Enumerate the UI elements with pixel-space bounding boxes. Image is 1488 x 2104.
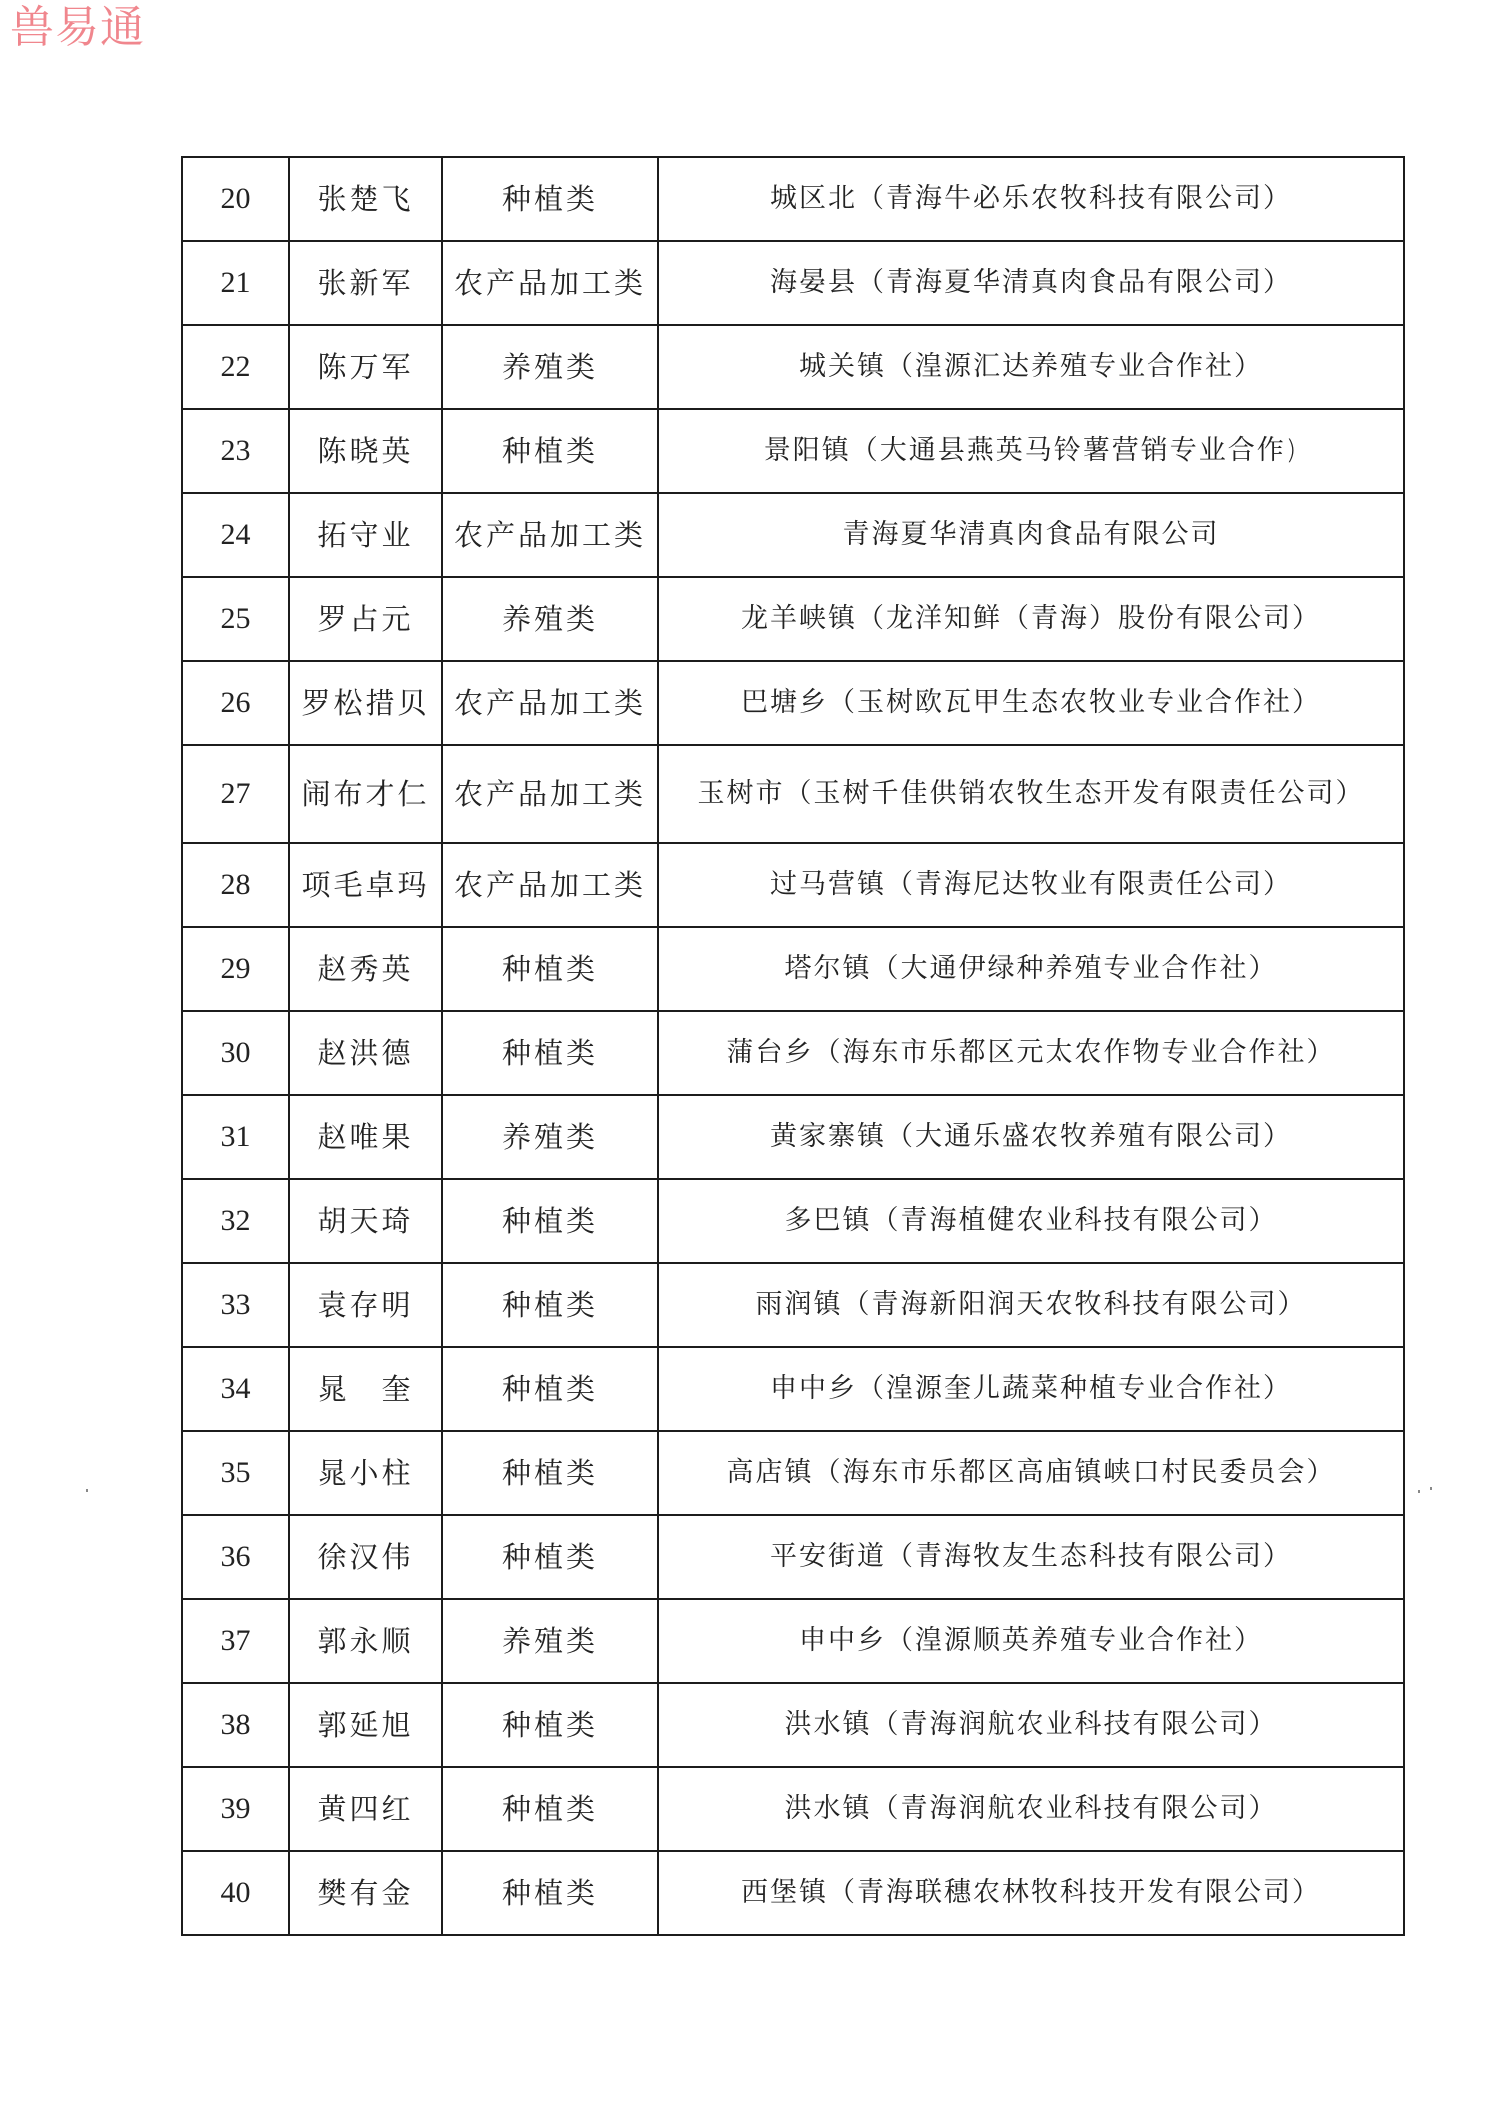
row-number-cell: 39 (182, 1767, 289, 1851)
table-row: 32胡天琦种植类多巴镇（青海植健农业科技有限公司） (182, 1179, 1404, 1263)
scan-speck (86, 1489, 88, 1492)
name-cell: 赵秀英 (289, 927, 442, 1011)
name-cell: 樊有金 (289, 1851, 442, 1935)
watermark-logo: 兽易通 (10, 2, 145, 54)
table-row: 39黄四红种植类洪水镇（青海润航农业科技有限公司） (182, 1767, 1404, 1851)
table-row: 33袁存明种植类雨润镇（青海新阳润天农牧科技有限公司） (182, 1263, 1404, 1347)
name-cell: 袁存明 (289, 1263, 442, 1347)
row-number-cell: 40 (182, 1851, 289, 1935)
organization-cell: 雨润镇（青海新阳润天农牧科技有限公司） (658, 1263, 1404, 1347)
table-row: 20张楚飞种植类城区北（青海牛必乐农牧科技有限公司） (182, 157, 1404, 241)
category-cell: 种植类 (442, 1179, 658, 1263)
name-cell: 胡天琦 (289, 1179, 442, 1263)
name-cell: 项毛卓玛 (289, 843, 442, 927)
organization-cell: 蒲台乡（海东市乐都区元太农作物专业合作社） (658, 1011, 1404, 1095)
table-row: 27闹布才仁农产品加工类玉树市（玉树千佳供销农牧生态开发有限责任公司） (182, 745, 1404, 843)
table-row: 31赵唯果养殖类黄家寨镇（大通乐盛农牧养殖有限公司） (182, 1095, 1404, 1179)
row-number-cell: 28 (182, 843, 289, 927)
row-number-cell: 24 (182, 493, 289, 577)
category-cell: 种植类 (442, 1683, 658, 1767)
category-cell: 农产品加工类 (442, 493, 658, 577)
name-cell: 赵洪德 (289, 1011, 442, 1095)
category-cell: 种植类 (442, 1011, 658, 1095)
table-row: 28项毛卓玛农产品加工类过马营镇（青海尼达牧业有限责任公司） (182, 843, 1404, 927)
row-number-cell: 31 (182, 1095, 289, 1179)
category-cell: 种植类 (442, 1347, 658, 1431)
table-row: 29赵秀英种植类塔尔镇（大通伊绿种养殖专业合作社） (182, 927, 1404, 1011)
name-cell: 闹布才仁 (289, 745, 442, 843)
name-cell: 郭永顺 (289, 1599, 442, 1683)
table-row: 24拓守业农产品加工类青海夏华清真肉食品有限公司 (182, 493, 1404, 577)
organization-cell: 龙羊峡镇（龙洋知鲜（青海）股份有限公司） (658, 577, 1404, 661)
table-row: 30赵洪德种植类蒲台乡（海东市乐都区元太农作物专业合作社） (182, 1011, 1404, 1095)
roster-table-body: 20张楚飞种植类城区北（青海牛必乐农牧科技有限公司）21张新军农产品加工类海晏县… (182, 157, 1404, 1935)
organization-cell: 城区北（青海牛必乐农牧科技有限公司） (658, 157, 1404, 241)
organization-cell: 洪水镇（青海润航农业科技有限公司） (658, 1767, 1404, 1851)
row-number-cell: 33 (182, 1263, 289, 1347)
table-row: 26罗松措贝农产品加工类巴塘乡（玉树欧瓦甲生态农牧业专业合作社） (182, 661, 1404, 745)
name-cell: 拓守业 (289, 493, 442, 577)
row-number-cell: 21 (182, 241, 289, 325)
organization-cell: 塔尔镇（大通伊绿种养殖专业合作社） (658, 927, 1404, 1011)
table-row: 21张新军农产品加工类海晏县（青海夏华清真肉食品有限公司） (182, 241, 1404, 325)
organization-cell: 申中乡（湟源奎儿蔬菜种植专业合作社） (658, 1347, 1404, 1431)
row-number-cell: 27 (182, 745, 289, 843)
category-cell: 养殖类 (442, 1095, 658, 1179)
row-number-cell: 26 (182, 661, 289, 745)
organization-cell: 巴塘乡（玉树欧瓦甲生态农牧业专业合作社） (658, 661, 1404, 745)
organization-cell: 申中乡（湟源顺英养殖专业合作社） (658, 1599, 1404, 1683)
table-row: 34晁 奎种植类申中乡（湟源奎儿蔬菜种植专业合作社） (182, 1347, 1404, 1431)
category-cell: 养殖类 (442, 325, 658, 409)
row-number-cell: 30 (182, 1011, 289, 1095)
table-row: 25罗占元养殖类龙羊峡镇（龙洋知鲜（青海）股份有限公司） (182, 577, 1404, 661)
organization-cell: 洪水镇（青海润航农业科技有限公司） (658, 1683, 1404, 1767)
name-cell: 张新军 (289, 241, 442, 325)
table-row: 40樊有金种植类西堡镇（青海联穗农林牧科技开发有限公司） (182, 1851, 1404, 1935)
category-cell: 种植类 (442, 1515, 658, 1599)
category-cell: 养殖类 (442, 577, 658, 661)
category-cell: 农产品加工类 (442, 241, 658, 325)
category-cell: 农产品加工类 (442, 843, 658, 927)
category-cell: 种植类 (442, 1263, 658, 1347)
name-cell: 陈晓英 (289, 409, 442, 493)
table-row: 23陈晓英种植类景阳镇（大通县燕英马铃薯营销专业合作) (182, 409, 1404, 493)
category-cell: 种植类 (442, 1851, 658, 1935)
organization-cell: 青海夏华清真肉食品有限公司 (658, 493, 1404, 577)
category-cell: 种植类 (442, 409, 658, 493)
scan-speck (1430, 1487, 1432, 1490)
name-cell: 徐汉伟 (289, 1515, 442, 1599)
name-cell: 郭延旭 (289, 1683, 442, 1767)
name-cell: 罗松措贝 (289, 661, 442, 745)
row-number-cell: 34 (182, 1347, 289, 1431)
organization-cell: 平安街道（青海牧友生态科技有限公司） (658, 1515, 1404, 1599)
category-cell: 种植类 (442, 1431, 658, 1515)
table-row: 37郭永顺养殖类申中乡（湟源顺英养殖专业合作社） (182, 1599, 1404, 1683)
name-cell: 罗占元 (289, 577, 442, 661)
row-number-cell: 22 (182, 325, 289, 409)
row-number-cell: 25 (182, 577, 289, 661)
organization-cell: 黄家寨镇（大通乐盛农牧养殖有限公司） (658, 1095, 1404, 1179)
organization-cell: 高店镇（海东市乐都区高庙镇峡口村民委员会） (658, 1431, 1404, 1515)
name-cell: 晁小柱 (289, 1431, 442, 1515)
table-row: 36徐汉伟种植类平安街道（青海牧友生态科技有限公司） (182, 1515, 1404, 1599)
table-row: 22陈万军养殖类城关镇（湟源汇达养殖专业合作社） (182, 325, 1404, 409)
organization-cell: 景阳镇（大通县燕英马铃薯营销专业合作) (658, 409, 1404, 493)
name-cell: 张楚飞 (289, 157, 442, 241)
scan-speck (1418, 1490, 1420, 1493)
name-cell: 晁 奎 (289, 1347, 442, 1431)
row-number-cell: 36 (182, 1515, 289, 1599)
table-row: 35晁小柱种植类高店镇（海东市乐都区高庙镇峡口村民委员会） (182, 1431, 1404, 1515)
organization-cell: 玉树市（玉树千佳供销农牧生态开发有限责任公司） (658, 745, 1404, 843)
row-number-cell: 38 (182, 1683, 289, 1767)
organization-cell: 西堡镇（青海联穗农林牧科技开发有限公司） (658, 1851, 1404, 1935)
category-cell: 农产品加工类 (442, 745, 658, 843)
organization-cell: 城关镇（湟源汇达养殖专业合作社） (658, 325, 1404, 409)
name-cell: 赵唯果 (289, 1095, 442, 1179)
roster-table: 20张楚飞种植类城区北（青海牛必乐农牧科技有限公司）21张新军农产品加工类海晏县… (181, 156, 1405, 1936)
row-number-cell: 35 (182, 1431, 289, 1515)
category-cell: 农产品加工类 (442, 661, 658, 745)
name-cell: 黄四红 (289, 1767, 442, 1851)
row-number-cell: 20 (182, 157, 289, 241)
category-cell: 种植类 (442, 927, 658, 1011)
row-number-cell: 37 (182, 1599, 289, 1683)
row-number-cell: 29 (182, 927, 289, 1011)
row-number-cell: 23 (182, 409, 289, 493)
row-number-cell: 32 (182, 1179, 289, 1263)
organization-cell: 过马营镇（青海尼达牧业有限责任公司） (658, 843, 1404, 927)
organization-cell: 多巴镇（青海植健农业科技有限公司） (658, 1179, 1404, 1263)
table-row: 38郭延旭种植类洪水镇（青海润航农业科技有限公司） (182, 1683, 1404, 1767)
name-cell: 陈万军 (289, 325, 442, 409)
category-cell: 种植类 (442, 157, 658, 241)
category-cell: 种植类 (442, 1767, 658, 1851)
category-cell: 养殖类 (442, 1599, 658, 1683)
organization-cell: 海晏县（青海夏华清真肉食品有限公司） (658, 241, 1404, 325)
